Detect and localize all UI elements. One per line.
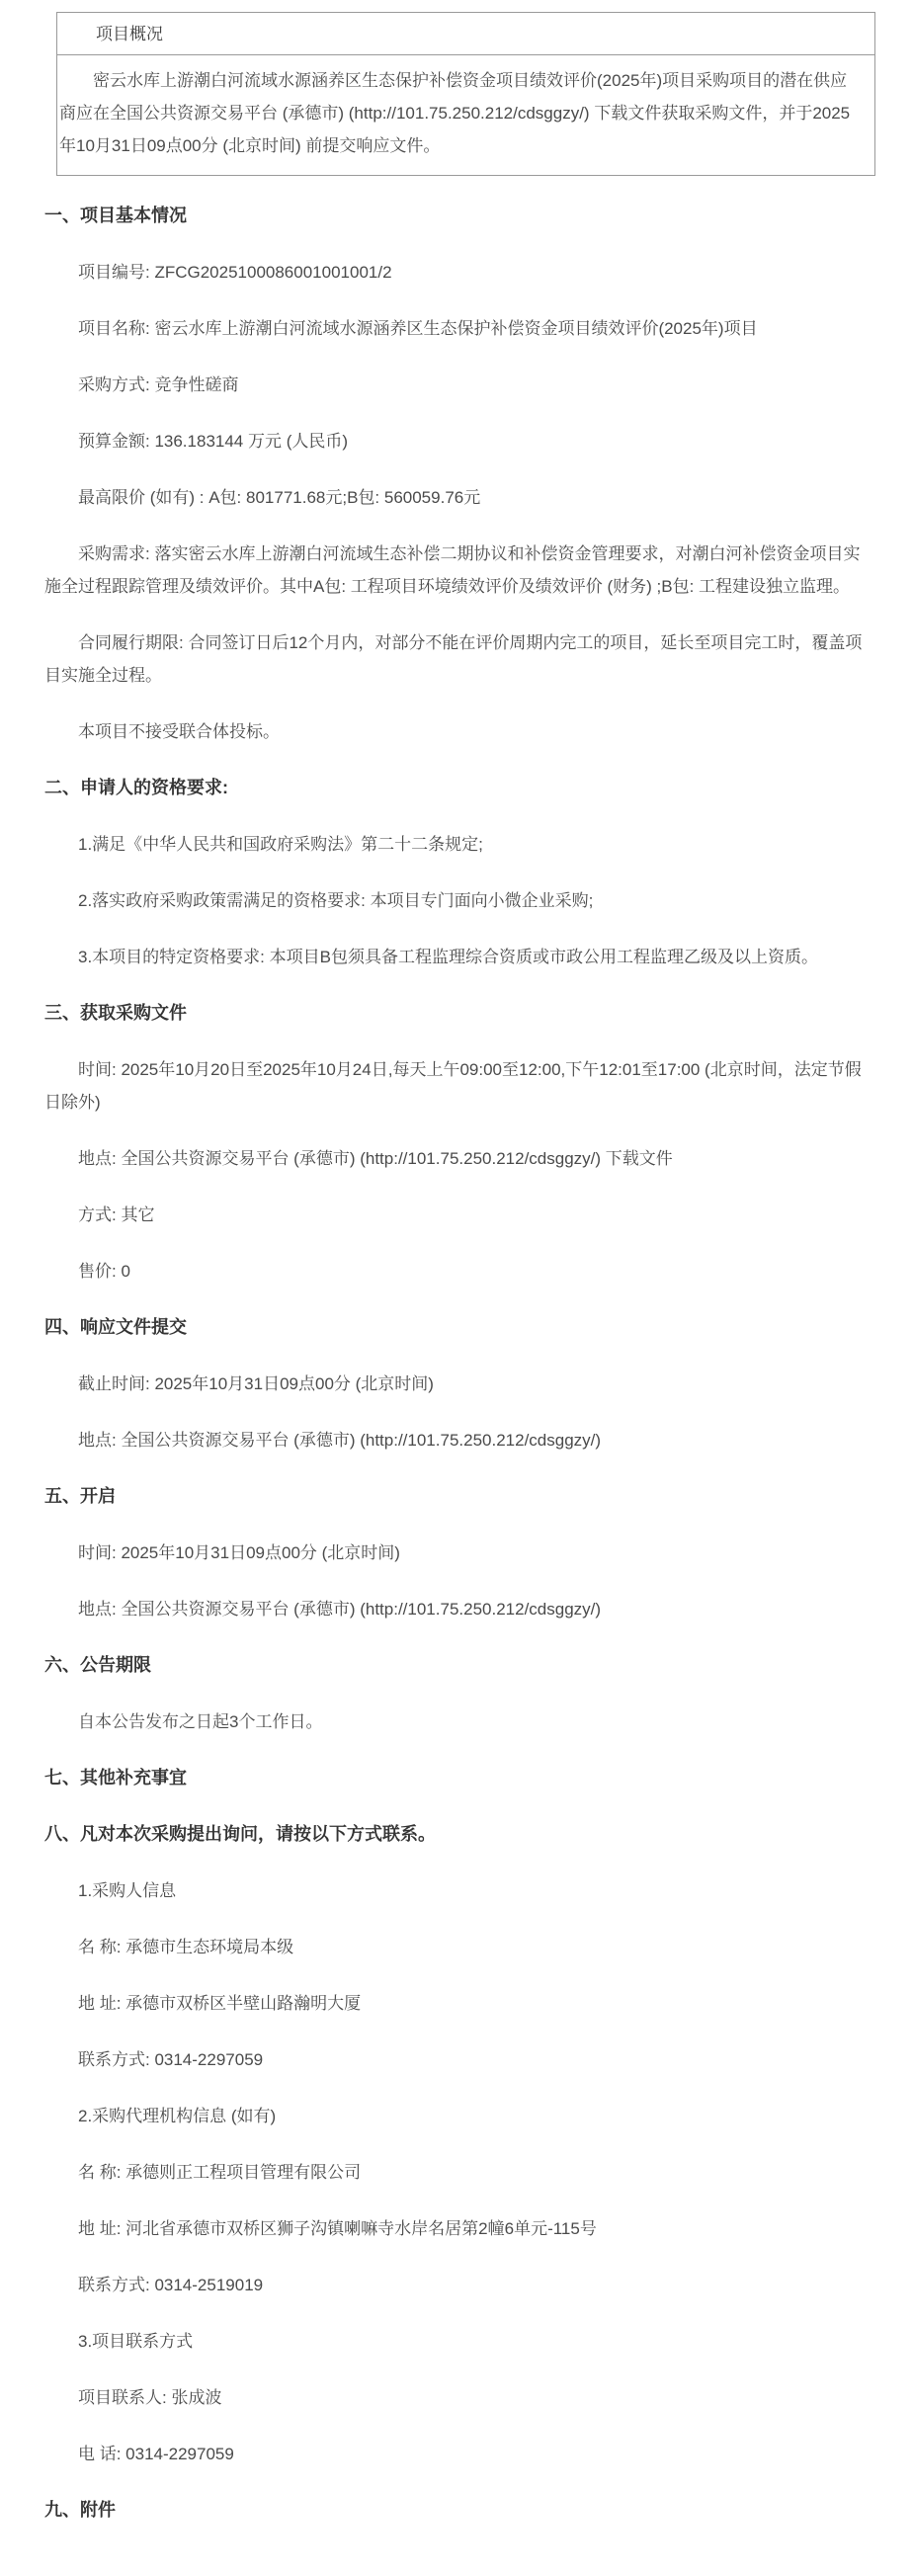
document-price: 售价: 0 xyxy=(44,1255,875,1288)
section-other-matters: 七、其他补充事宜 xyxy=(0,1762,913,1794)
agency-name: 名 称: 承德则正工程项目管理有限公司 xyxy=(44,2156,875,2189)
section-response-submission: 四、响应文件提交 截止时间: 2025年10月31日09点00分 (北京时间) … xyxy=(0,1311,913,1456)
section-heading-contact-info: 八、凡对本次采购提出询问，请按以下方式联系。 xyxy=(44,1818,875,1851)
project-contact-phone: 电 话: 0314-2297059 xyxy=(44,2438,875,2470)
section-attachments: 九、附件 xyxy=(0,2494,913,2527)
section-heading-response-submission: 四、响应文件提交 xyxy=(44,1311,875,1344)
project-overview-body: 密云水库上游潮白河流域水源涵养区生态保护补偿资金项目绩效评价(2025年)项目采… xyxy=(57,55,874,175)
section-announcement-period: 六、公告期限 自本公告发布之日起3个工作日。 xyxy=(0,1649,913,1738)
section-heading-obtain-documents: 三、获取采购文件 xyxy=(44,997,875,1030)
document-location: 地点: 全国公共资源交易平台 (承德市) (http://101.75.250.… xyxy=(44,1142,875,1175)
qualification-item-2: 2.落实政府采购政策需满足的资格要求: 本项目专门面向小微企业采购; xyxy=(44,884,875,917)
buyer-contact: 联系方式: 0314-2297059 xyxy=(44,2043,875,2076)
section-heading-announcement-period: 六、公告期限 xyxy=(44,1649,875,1682)
section-heading-other-matters: 七、其他补充事宜 xyxy=(44,1762,875,1794)
document-method: 方式: 其它 xyxy=(44,1199,875,1231)
contract-performance-period: 合同履行期限: 合同签订日后12个月内，对部分不能在评价周期内完工的项目，延长至… xyxy=(44,626,875,692)
project-contact-title: 3.项目联系方式 xyxy=(44,2325,875,2358)
project-contact-person: 项目联系人: 张成波 xyxy=(44,2381,875,2414)
section-obtain-documents: 三、获取采购文件 时间: 2025年10月20日至2025年10月24日,每天上… xyxy=(0,997,913,1288)
max-price-limit: 最高限价 (如有) : A包: 801771.68元;B包: 560059.76… xyxy=(44,481,875,514)
budget-amount: 预算金额: 136.183144 万元 (人民币) xyxy=(44,425,875,457)
agency-contact: 联系方式: 0314-2519019 xyxy=(44,2269,875,2301)
no-consortium-note: 本项目不接受联合体投标。 xyxy=(44,715,875,748)
opening-location: 地点: 全国公共资源交易平台 (承德市) (http://101.75.250.… xyxy=(44,1593,875,1625)
section-opening: 五、开启 时间: 2025年10月31日09点00分 (北京时间) 地点: 全国… xyxy=(0,1480,913,1625)
buyer-address: 地 址: 承德市双桥区半壁山路瀚明大厦 xyxy=(44,1987,875,2020)
project-number: 项目编号: ZFCG2025100086001001001/2 xyxy=(44,256,875,289)
project-overview-box: 项目概况 密云水库上游潮白河流域水源涵养区生态保护补偿资金项目绩效评价(2025… xyxy=(56,12,875,176)
procurement-requirement: 采购需求: 落实密云水库上游潮白河流域生态补偿二期协议和补偿资金管理要求，对潮白… xyxy=(44,538,875,603)
buyer-info-title: 1.采购人信息 xyxy=(44,1874,875,1907)
section-qualifications: 二、申请人的资格要求: 1.满足《中华人民共和国政府采购法》第二十二条规定; 2… xyxy=(0,772,913,973)
section-heading-opening: 五、开启 xyxy=(44,1480,875,1513)
document-time: 时间: 2025年10月20日至2025年10月24日,每天上午09:00至12… xyxy=(44,1053,875,1119)
section-heading-basic-info: 一、项目基本情况 xyxy=(44,200,875,232)
announcement-period-text: 自本公告发布之日起3个工作日。 xyxy=(44,1705,875,1738)
opening-time: 时间: 2025年10月31日09点00分 (北京时间) xyxy=(44,1537,875,1569)
agency-info-title: 2.采购代理机构信息 (如有) xyxy=(44,2100,875,2132)
agency-address: 地 址: 河北省承德市双桥区狮子沟镇喇嘛寺水岸名居第2幢6单元-115号 xyxy=(44,2212,875,2245)
section-heading-attachments: 九、附件 xyxy=(44,2494,875,2527)
submission-location: 地点: 全国公共资源交易平台 (承德市) (http://101.75.250.… xyxy=(44,1424,875,1456)
section-basic-info: 一、项目基本情况 项目编号: ZFCG2025100086001001001/2… xyxy=(0,200,913,748)
procurement-method: 采购方式: 竞争性磋商 xyxy=(44,369,875,401)
submission-deadline: 截止时间: 2025年10月31日09点00分 (北京时间) xyxy=(44,1368,875,1400)
qualification-item-3: 3.本项目的特定资格要求: 本项目B包须具备工程监理综合资质或市政公用工程监理乙… xyxy=(44,941,875,973)
section-heading-qualifications: 二、申请人的资格要求: xyxy=(44,772,875,804)
qualification-item-1: 1.满足《中华人民共和国政府采购法》第二十二条规定; xyxy=(44,828,875,861)
announcement-page: 项目概况 密云水库上游潮白河流域水源涵养区生态保护补偿资金项目绩效评价(2025… xyxy=(0,0,913,2576)
project-overview-title: 项目概况 xyxy=(57,13,874,55)
project-name: 项目名称: 密云水库上游潮白河流域水源涵养区生态保护补偿资金项目绩效评价(202… xyxy=(44,312,875,345)
buyer-name: 名 称: 承德市生态环境局本级 xyxy=(44,1931,875,1963)
section-contact-info: 八、凡对本次采购提出询问，请按以下方式联系。 1.采购人信息 名 称: 承德市生… xyxy=(0,1818,913,2470)
